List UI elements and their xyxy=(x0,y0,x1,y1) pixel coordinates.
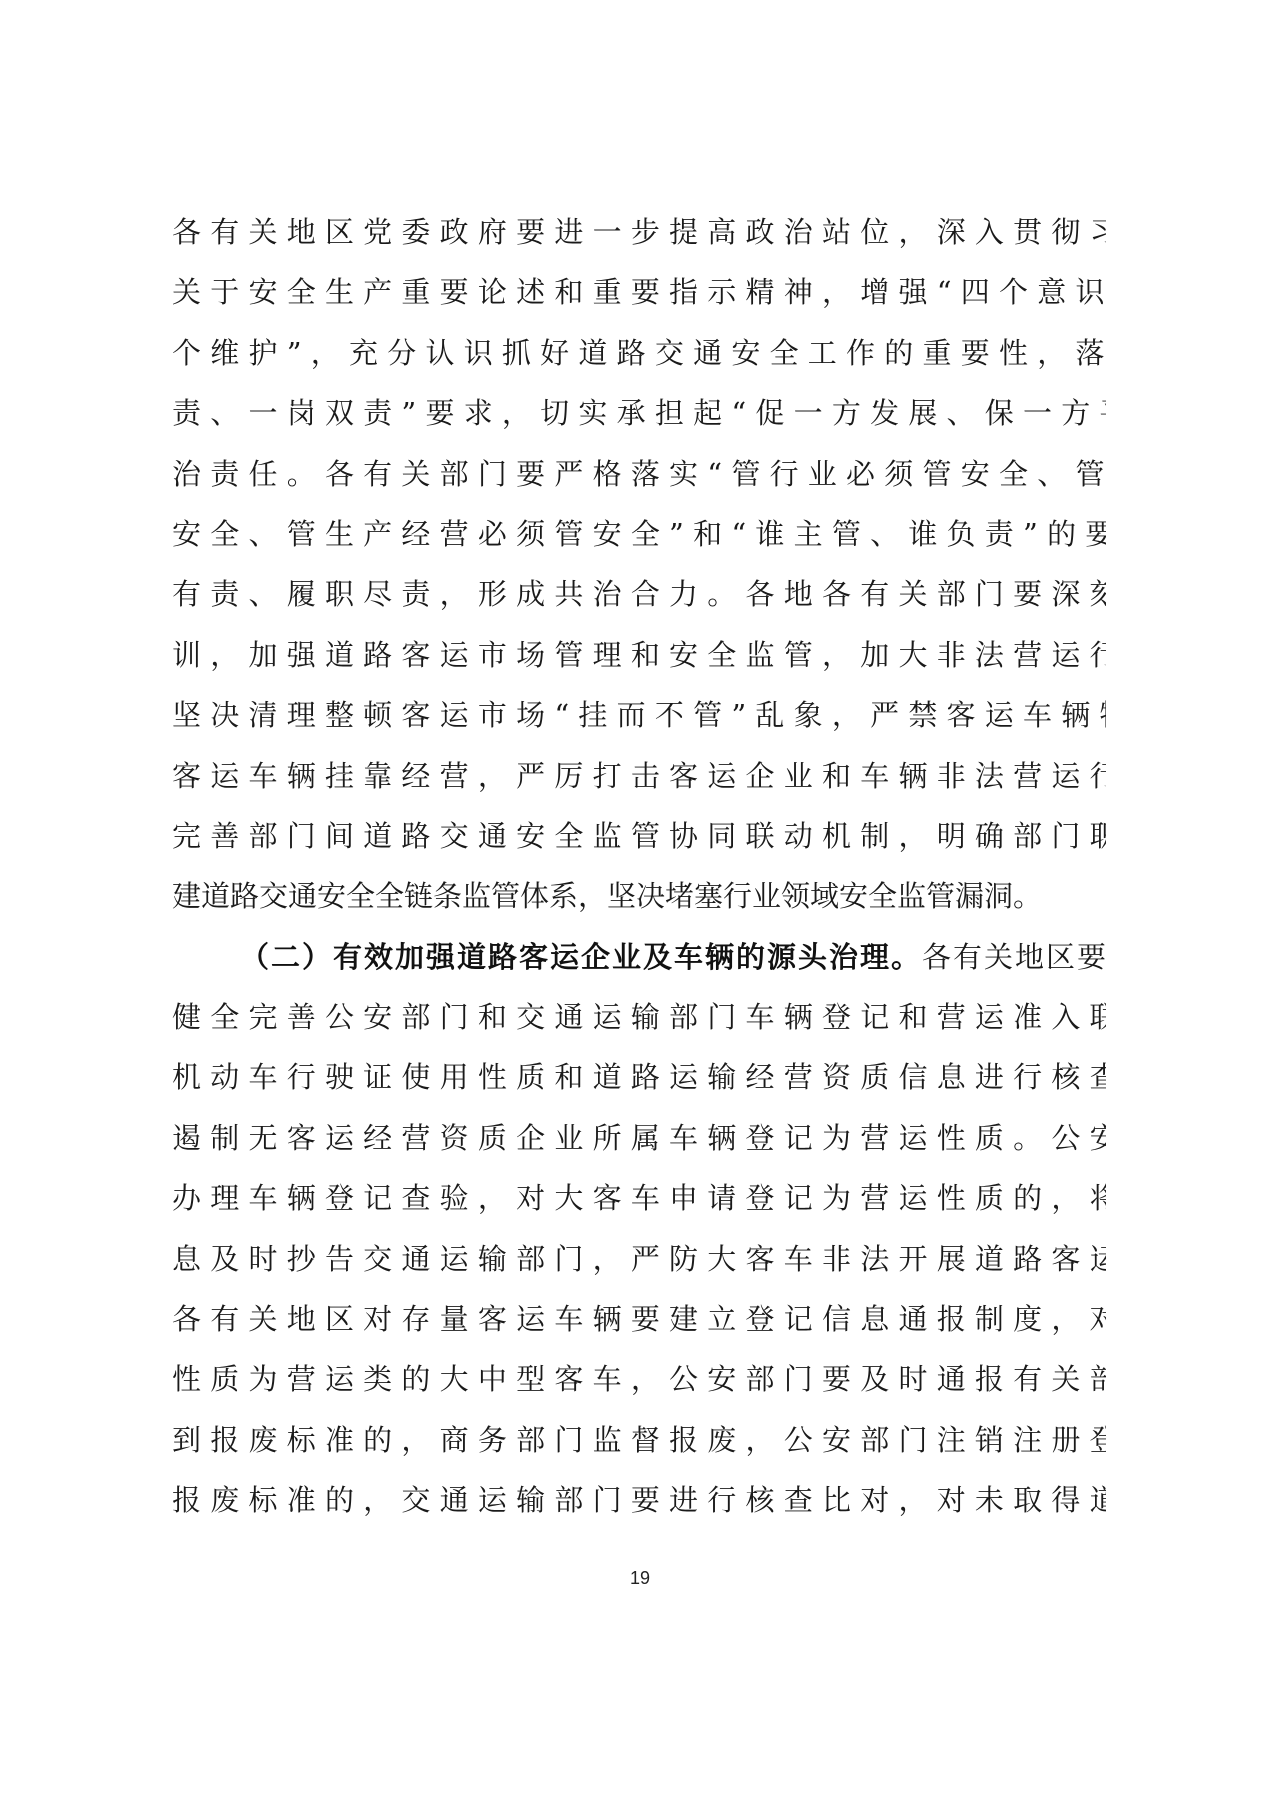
text-line: 完 善 部 门 间 道 路 交 通 安 全 监 管 协 同 联 动 机 制 ， … xyxy=(172,806,1106,866)
text-line: 办 理 车 辆 登 记 查 验 ， 对 大 客 车 申 请 登 记 为 营 运 … xyxy=(172,1168,1106,1228)
text-line: 关 于 安 全 生 产 重 要 论 述 和 重 要 指 示 精 神 ， 增 强 … xyxy=(172,262,1106,322)
body-text: 各 有 关 地 区 党 委 政 府 要 进 一 步 提 高 政 治 站 位 ， … xyxy=(172,202,1106,1531)
section-heading-line: （二）有效加强道路客运企业及车辆的源头治理。各有关地区要 xyxy=(172,927,1106,987)
text-line: 安 全 、 管 生 产 经 营 必 须 管 安 全 ” 和 “ 谁 主 管 、 … xyxy=(172,504,1106,564)
text-line: 息 及 时 抄 告 交 通 运 输 部 门 ， 严 防 大 客 车 非 法 开 … xyxy=(172,1229,1106,1289)
text-line: 治 责 任 。 各 有 关 部 门 要 严 格 落 实 “ 管 行 业 必 须 … xyxy=(172,444,1106,504)
text-line: 责 、 一 岗 双 责 ” 要 求 ， 切 实 承 担 起 “ 促 一 方 发 … xyxy=(172,383,1106,443)
text-run: 各有关地区要 xyxy=(922,940,1106,974)
text-line: 个 维 护 ” ， 充 分 认 识 抓 好 道 路 交 通 安 全 工 作 的 … xyxy=(172,323,1106,383)
document-page: 各 有 关 地 区 党 委 政 府 要 进 一 步 提 高 政 治 站 位 ， … xyxy=(0,0,1280,1810)
text-line: 坚 决 清 理 整 顿 客 运 市 场 “ 挂 而 不 管 ” 乱 象 ， 严 … xyxy=(172,685,1106,745)
text-line: 报 废 标 准 的 ， 交 通 运 输 部 门 要 进 行 核 查 比 对 ， … xyxy=(172,1470,1106,1530)
text-line: 到 报 废 标 准 的 ， 商 务 部 门 监 督 报 废 ， 公 安 部 门 … xyxy=(172,1410,1106,1470)
text-line: 健 全 完 善 公 安 部 门 和 交 通 运 输 部 门 车 辆 登 记 和 … xyxy=(172,987,1106,1047)
text-line: 有 责 、 履 职 尽 责 ， 形 成 共 治 合 力 。 各 地 各 有 关 … xyxy=(172,564,1106,624)
text-line: 客 运 车 辆 挂 靠 经 营 ， 严 厉 打 击 客 运 企 业 和 车 辆 … xyxy=(172,746,1106,806)
text-line: 性 质 为 营 运 类 的 大 中 型 客 车 ， 公 安 部 门 要 及 时 … xyxy=(172,1349,1106,1409)
text-line: 建道路交通安全全链条监管体系，坚决堵塞行业领域安全监管漏洞。 xyxy=(172,866,1106,926)
text-line: 各 有 关 地 区 对 存 量 客 运 车 辆 要 建 立 登 记 信 息 通 … xyxy=(172,1289,1106,1349)
section-heading: （二）有效加强道路客运企业及车辆的源头治理。 xyxy=(240,940,922,974)
text-line: 机 动 车 行 驶 证 使 用 性 质 和 道 路 运 输 经 营 资 质 信 … xyxy=(172,1047,1106,1107)
text-line: 训 ， 加 强 道 路 客 运 市 场 管 理 和 安 全 监 管 ， 加 大 … xyxy=(172,625,1106,685)
text-line: 遏 制 无 客 运 经 营 资 质 企 业 所 属 车 辆 登 记 为 营 运 … xyxy=(172,1108,1106,1168)
text-line: 各 有 关 地 区 党 委 政 府 要 进 一 步 提 高 政 治 站 位 ， … xyxy=(172,202,1106,262)
page-number: 19 xyxy=(0,1568,1280,1589)
